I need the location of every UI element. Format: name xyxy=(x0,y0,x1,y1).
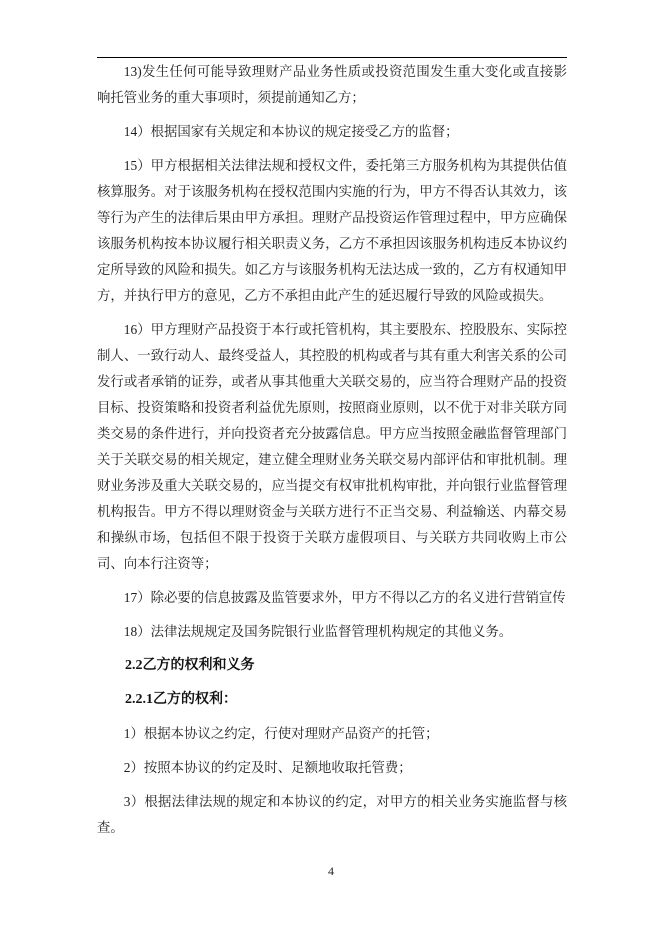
right-item-3: 3）根据法律法规的规定和本协议的约定，对甲方的相关业务实施监督与核查。 xyxy=(97,789,567,841)
clause-paragraph-15: 15）甲方根据相关法律法规和授权文件，委托第三方服务机构为其提供估值核算服务。对… xyxy=(97,153,567,309)
clause-paragraph-13: 13)发生任何可能导致理财产品业务性质或投资范围发生重大变化或直接影响托管业务的… xyxy=(97,59,567,111)
right-item-1: 1）根据本协议之约定，行使对理财产品资产的托管； xyxy=(97,721,567,747)
right-item-2: 2）按照本协议的约定及时、足额地收取托管费； xyxy=(97,755,567,781)
document-body: 13)发生任何可能导致理财产品业务性质或投资范围发生重大变化或直接影响托管业务的… xyxy=(97,59,567,849)
page-number: 4 xyxy=(328,864,334,878)
clause-paragraph-17: 17）除必要的信息披露及监管要求外，甲方不得以乙方的名义进行营销宣传 xyxy=(97,585,567,611)
clause-paragraph-18: 18）法律法规规定及国务院银行业监督管理机构规定的其他义务。 xyxy=(97,619,567,645)
subsection-heading: 2.2.1乙方的权利： xyxy=(97,687,567,713)
page-footer: 4 xyxy=(0,863,662,879)
header-rule xyxy=(97,57,567,58)
clause-paragraph-16: 16）甲方理财产品投资于本行或托管机构，其主要股东、控股股东、实际控制人、一致行… xyxy=(97,317,567,577)
clause-paragraph-14: 14）根据国家有关规定和本协议的规定接受乙方的监督； xyxy=(97,119,567,145)
section-heading: 2.2乙方的权利和义务 xyxy=(97,653,567,679)
document-page: 13)发生任何可能导致理财产品业务性质或投资范围发生重大变化或直接影响托管业务的… xyxy=(0,0,662,936)
